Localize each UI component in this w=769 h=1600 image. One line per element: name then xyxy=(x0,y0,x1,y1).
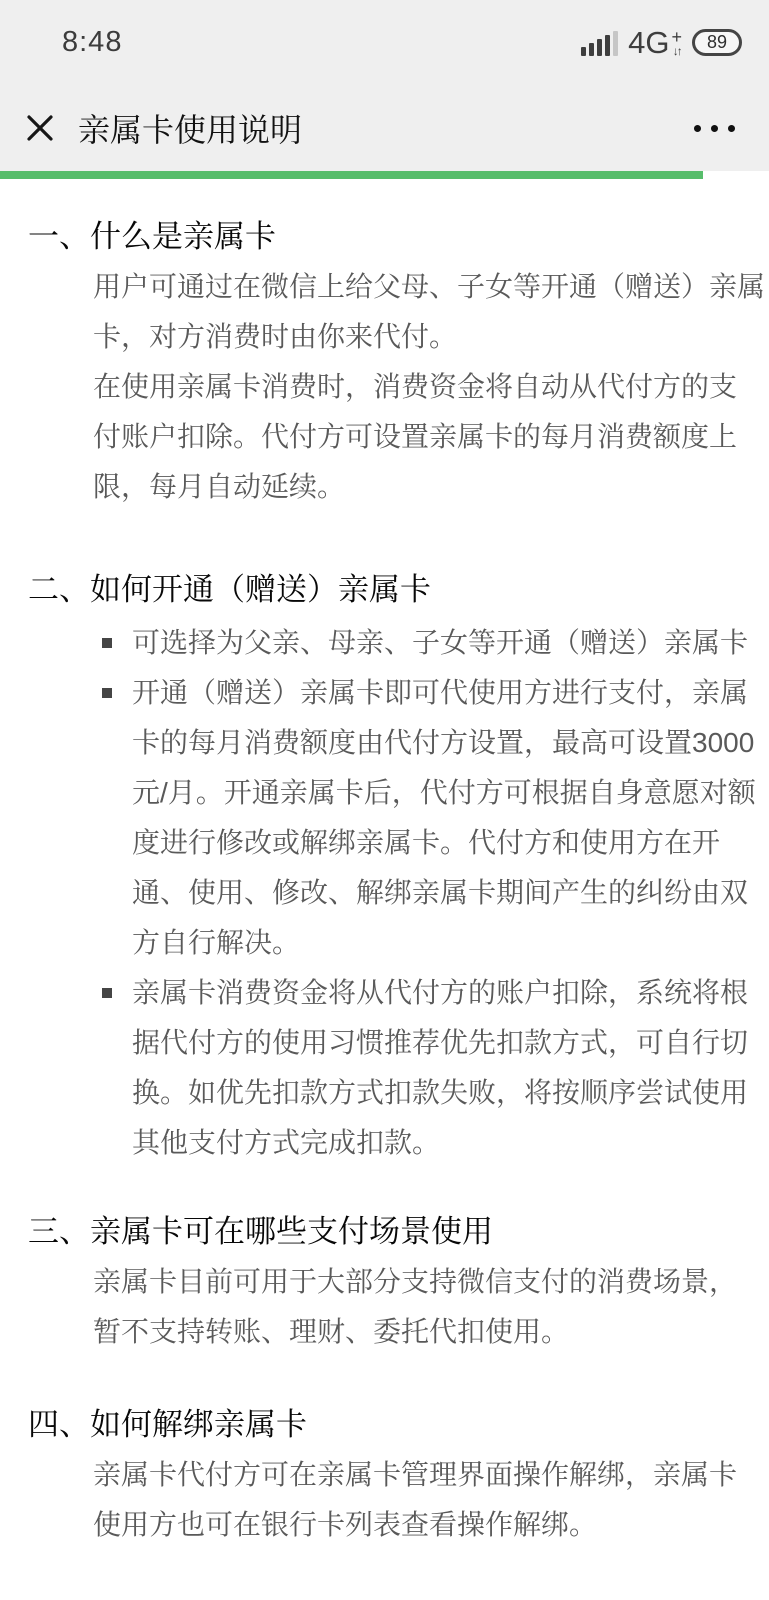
status-bar: 8:48 4G + ↓↑ 89 xyxy=(0,0,769,85)
section: 四、如何解绑亲属卡亲属卡代付方可在亲属卡管理界面操作解绑，亲属卡使用方也可在银行… xyxy=(28,1403,735,1550)
network-indicator: 4G + ↓↑ xyxy=(628,25,682,61)
section: 三、亲属卡可在哪些支付场景使用亲属卡目前可用于大部分支持微信支付的消费场景，暂不… xyxy=(28,1210,735,1357)
paragraph: 亲属卡目前可用于大部分支持微信支付的消费场景，暂不支持转账、理财、委托代扣使用。 xyxy=(93,1257,735,1357)
bullet-line: 换。如优先扣款方式扣款失败，将按顺序尝试使用 xyxy=(132,1068,735,1118)
bullet-line: 可选择为父亲、母亲、子女等开通（赠送）亲属卡 xyxy=(132,618,735,668)
bullet-item: 开通（赠送）亲属卡即可代使用方进行支付，亲属卡的每月消费额度由代付方设置，最高可… xyxy=(102,668,735,968)
paragraph-line: 付账户扣除。代付方可设置亲属卡的每月消费额度上 xyxy=(93,412,735,462)
signal-strength-icon xyxy=(581,30,618,56)
close-button[interactable] xyxy=(25,113,55,143)
section-heading: 四、如何解绑亲属卡 xyxy=(28,1403,735,1447)
bullet-line: 度进行修改或解绑亲属卡。代付方和使用方在开 xyxy=(132,818,735,868)
paragraph-line: 亲属卡代付方可在亲属卡管理界面操作解绑，亲属卡 xyxy=(93,1450,735,1500)
more-menu-button[interactable] xyxy=(694,119,735,138)
bullet-line: 卡的每月消费额度由代付方设置，最高可设置3000 xyxy=(132,718,735,768)
paragraph: 用户可通过在微信上给父母、子女等开通（赠送）亲属卡，对方消费时由你来代付。在使用… xyxy=(93,262,735,512)
paragraph-line: 限，每月自动延续。 xyxy=(93,462,735,512)
bullet-line: 据代付方的使用习惯推荐优先扣款方式，可自行切 xyxy=(132,1018,735,1068)
page-load-progress-fill xyxy=(0,171,703,179)
bullet-marker-icon xyxy=(102,638,112,648)
battery-indicator: 89 xyxy=(692,29,742,56)
paragraph-line: 使用方也可在银行卡列表查看操作解绑。 xyxy=(93,1500,735,1550)
bullet-item: 亲属卡消费资金将从代付方的账户扣除，系统将根据代付方的使用习惯推荐优先扣款方式，… xyxy=(102,968,735,1168)
network-type-label: 4G xyxy=(628,25,669,61)
bullet-item: 可选择为父亲、母亲、子女等开通（赠送）亲属卡 xyxy=(102,618,735,668)
content: 一、什么是亲属卡用户可通过在微信上给父母、子女等开通（赠送）亲属卡，对方消费时由… xyxy=(0,215,769,1550)
bullet-line: 通、使用、修改、解绑亲属卡期间产生的纠纷由双 xyxy=(132,868,735,918)
bullet-line: 开通（赠送）亲属卡即可代使用方进行支付，亲属 xyxy=(132,668,735,718)
bullet-marker-icon xyxy=(102,688,112,698)
section: 一、什么是亲属卡用户可通过在微信上给父母、子女等开通（赠送）亲属卡，对方消费时由… xyxy=(28,215,735,512)
bullet-line: 其他支付方式完成扣款。 xyxy=(132,1118,735,1168)
page-load-progress-bar xyxy=(0,171,769,179)
status-icons: 4G + ↓↑ 89 xyxy=(581,25,742,61)
section-heading: 二、如何开通（赠送）亲属卡 xyxy=(28,568,735,612)
status-time: 8:48 xyxy=(62,26,122,59)
section-heading: 一、什么是亲属卡 xyxy=(28,215,735,259)
paragraph-line: 在使用亲属卡消费时，消费资金将自动从代付方的支 xyxy=(93,362,735,412)
bullet-line: 方自行解决。 xyxy=(132,918,735,968)
paragraph-line: 用户可通过在微信上给父母、子女等开通（赠送）亲属 xyxy=(93,262,735,312)
network-activity-icon: + ↓↑ xyxy=(671,29,682,57)
page-title: 亲属卡使用说明 xyxy=(78,105,302,151)
close-icon xyxy=(26,114,54,142)
more-dots-icon xyxy=(694,125,701,132)
header: 8:48 4G + ↓↑ 89 亲属卡使用说明 xyxy=(0,0,769,179)
section: 二、如何开通（赠送）亲属卡可选择为父亲、母亲、子女等开通（赠送）亲属卡开通（赠送… xyxy=(28,568,735,1168)
bullet-line: 亲属卡消费资金将从代付方的账户扣除，系统将根 xyxy=(132,968,735,1018)
bullet-line: 元/月。开通亲属卡后，代付方可根据自身意愿对额 xyxy=(132,768,735,818)
battery-percent: 89 xyxy=(707,32,727,53)
paragraph-line: 卡，对方消费时由你来代付。 xyxy=(93,312,735,362)
nav-bar: 亲属卡使用说明 xyxy=(0,85,769,171)
section-heading: 三、亲属卡可在哪些支付场景使用 xyxy=(28,1210,735,1254)
paragraph-line: 亲属卡目前可用于大部分支持微信支付的消费场景， xyxy=(93,1257,735,1307)
bullet-list: 可选择为父亲、母亲、子女等开通（赠送）亲属卡开通（赠送）亲属卡即可代使用方进行支… xyxy=(102,618,735,1168)
paragraph-line: 暂不支持转账、理财、委托代扣使用。 xyxy=(93,1307,735,1357)
bullet-marker-icon xyxy=(102,988,112,998)
paragraph: 亲属卡代付方可在亲属卡管理界面操作解绑，亲属卡使用方也可在银行卡列表查看操作解绑… xyxy=(93,1450,735,1550)
